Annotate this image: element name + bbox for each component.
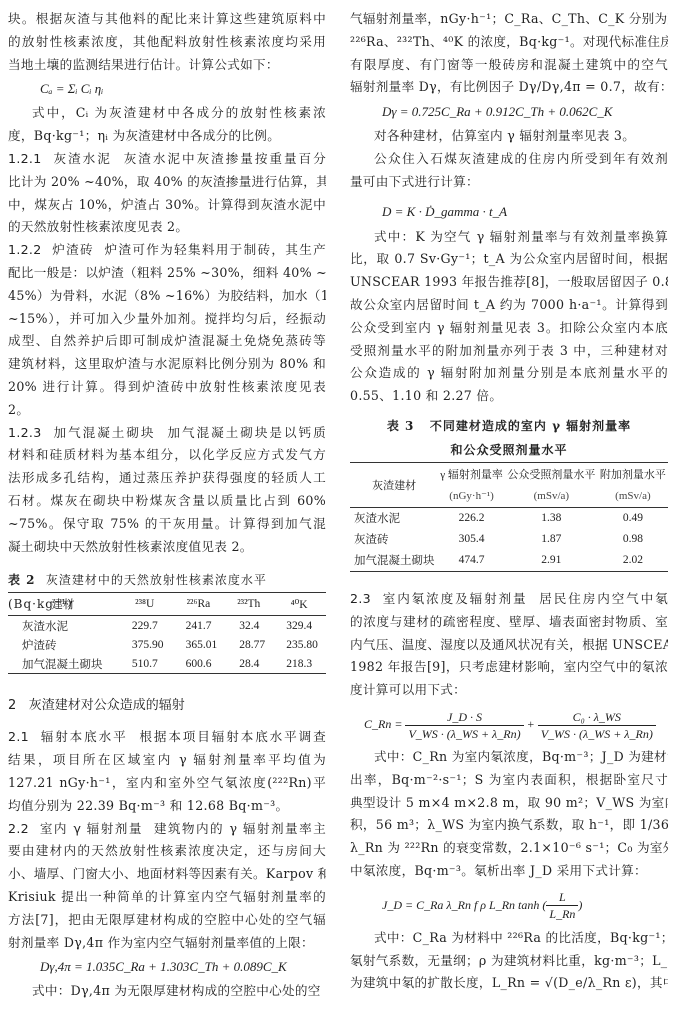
- table-row: 炉渣砖 375.90 365.01 28.77 235.80: [8, 635, 326, 654]
- section-number: 2.3: [350, 591, 371, 606]
- text-line: 出率，Bq·m⁻²·s⁻¹；S 为室内表面积，根据卧室尺寸: [350, 769, 668, 792]
- text-line: 氡射气系数，无量纲；ρ 为建筑材料比重，kg·m⁻³；L_Rn: [350, 950, 668, 973]
- table-cell: 305.4: [438, 529, 505, 550]
- text-line: 成型、自然养护后即可制成炉渣混凝土免烧免蒸砖等: [8, 330, 326, 353]
- table-title: 不同建材造成的室内 γ 辐射剂量率: [430, 419, 631, 433]
- table-label: 表 3: [387, 419, 415, 433]
- text-line: 有限厚度、有门窗等一般砖房和混凝土建筑中的空气: [350, 54, 668, 77]
- table-cell: 600.6: [172, 654, 226, 674]
- text-line: 式中：C_Ra 为材料中 ²²⁶Ra 的比活度，Bq·kg⁻¹；f 为: [350, 927, 668, 950]
- text-line: 积，56 m³；λ_WS 为室内换气系数，取 h⁻¹，即 1/3600 s⁻¹；: [350, 814, 668, 837]
- text-line: 结果，项目所在区域室内 γ 辐射剂量率平均值为: [8, 749, 326, 772]
- text-line: 典型设计 5 m×4 m×2.8 m，取 90 m²；V_WS 为室内体: [350, 792, 668, 815]
- text-line: 辐射剂量率 Dγ，有比例因子 Dγ/Dγ,4π = 0.7，故有：: [350, 76, 668, 99]
- column-unit: (mSv/a): [598, 485, 668, 508]
- formula-radon-exhalation: J_D = C_Ra λ_Rn f ρ L_Rn tanh (LL_Rn): [350, 883, 668, 927]
- text-line: 配比一般是：以炉渣（粗料 25% ~30%，细料 40% ~: [8, 262, 326, 285]
- text-line: Krisiuk 提出一种简单的计算室内空气辐射剂量率的: [8, 886, 326, 909]
- text-line: 为建筑中氡的扩散长度，L_Rn = √(D_e/λ_Rn ε)，其中，D_e 为: [350, 972, 668, 995]
- section-number: 2: [8, 698, 16, 713]
- formula-dose-rate: Dγ = 0.725C_Ra + 0.912C_Th + 0.062C_K: [350, 99, 668, 125]
- text-line: 20% 进行计算。得到炉渣砖中放射性核素浓度见表: [8, 376, 326, 399]
- text-line: 加气混凝土砌块是以钙质: [167, 425, 326, 440]
- table-3: 灰渣建材 γ 辐射剂量率 公众受照剂量水平 附加剂量水平 (nGy·h⁻¹) (…: [350, 462, 668, 572]
- table-label: 表 2: [8, 573, 36, 587]
- table-3-caption-line2: 和公众受照剂量水平: [350, 438, 668, 462]
- text-line: 材料和硅质材料为基本组分，以化学反应方式发气方: [8, 444, 326, 467]
- column-unit: (mSv/a): [505, 485, 598, 508]
- text-line: 内气压、温度、湿度以及通风状况有关，根据 UNSCEAR: [350, 634, 668, 657]
- table-cell: 235.80: [272, 635, 326, 654]
- left-column: 块。根据灰渣与其他料的配比来计算这些建筑原料中 的放射性核素浓度，其他配料放射性…: [8, 0, 326, 1003]
- table-cell: 加气混凝土砌块: [350, 550, 438, 572]
- table-cell: 2.02: [598, 550, 668, 572]
- table-cell: 0.98: [598, 529, 668, 550]
- text-line: 0.55、1.10 和 2.27 倍。: [350, 385, 668, 408]
- numerator: L: [546, 889, 578, 906]
- table-cell: 28.77: [225, 635, 272, 654]
- section-number: 2.1: [8, 729, 29, 744]
- section-1-2-3: 1.2.3 加气混凝土砌块 加气混凝土砌块是以钙质: [8, 422, 326, 445]
- text-line: 凝土砌块中天然放射性核素浓度值见表 2。: [8, 536, 326, 559]
- formula-annual-dose: D = K · Ḋ_gamma · t_A: [350, 194, 668, 226]
- text-line: 居民住房内空气中氡: [539, 591, 668, 606]
- table-cell: 241.7: [172, 616, 226, 636]
- formula-lhs: C_Rn =: [364, 717, 402, 731]
- section-title: 加气混凝土砌块: [54, 425, 156, 440]
- text-line: 小、墙厚、门窗大小、地面材料等因素有关。Karpov 和: [8, 863, 326, 886]
- table-3-caption: 表 3 不同建材造成的室内 γ 辐射剂量率: [350, 414, 668, 438]
- table-header-row: 灰渣建材 γ 辐射剂量率 公众受照剂量水平 附加剂量水平: [350, 462, 668, 485]
- text-line: 法形成多孔结构，通过蒸压养护获得强度的轻质人工: [8, 467, 326, 490]
- section-title: 室内氡浓度及辐射剂量: [383, 591, 528, 606]
- text-line: 炉渣可作为轻集料用于制砖，其生产: [105, 242, 326, 257]
- text-line: 式中：C_Rn 为室内氡浓度，Bq·m⁻³；J_D 为建材氡析: [350, 746, 668, 769]
- section-title: 室内 γ 辐射剂量: [40, 821, 143, 836]
- table-cell: 1.87: [505, 529, 598, 550]
- table-cell: 510.7: [118, 654, 172, 674]
- text-line: 式中，Cᵢ 为灰渣建材中各成分的放射性核素浓: [8, 102, 326, 125]
- table-cell: 32.4: [225, 616, 272, 636]
- table-cell: 28.4: [225, 654, 272, 674]
- table-cell: 1.38: [505, 507, 598, 529]
- text-line: 式中：Dγ,4π 为无限厚建材构成的空腔中心处的空: [8, 980, 326, 1003]
- section-number: 1.2.1: [8, 151, 42, 166]
- text-line: 对各种建材，估算室内 γ 辐射剂量率见表 3。: [350, 125, 668, 148]
- column-header: ²³⁸U: [118, 593, 172, 616]
- section-1-2-1: 1.2.1 灰渣水泥 灰渣水泥中灰渣掺量按重量百分: [8, 148, 326, 171]
- column-header: ⁴⁰K: [272, 593, 326, 616]
- section-title: 辐射本底水平: [41, 729, 128, 744]
- table-row: 灰渣砖 305.4 1.87 0.98: [350, 529, 668, 550]
- text-line: 受照剂量水平的附加剂量亦列于表 3 中，三种建材对: [350, 340, 668, 363]
- section-title: 灰渣建材对公众造成的辐射: [29, 698, 185, 713]
- section-2-2: 2.2 室内 γ 辐射剂量 建筑物内的 γ 辐射剂量率主: [8, 818, 326, 841]
- text-line: 的天然放射性核素浓度见表 2。: [8, 216, 326, 239]
- section-2-heading: 2 灰渣建材对公众造成的辐射: [8, 692, 326, 720]
- numerator: C₀ · λ_WS: [538, 709, 656, 726]
- text-line: 射剂量率 Dγ,4π 作为室内空气辐射剂量率值的上限：: [8, 932, 326, 955]
- text-line: 建筑物内的 γ 辐射剂量率主: [154, 821, 326, 836]
- text-line: 式中：K 为空气 γ 辐射剂量率与有效剂量率换算: [350, 226, 668, 249]
- column-header: 附加剂量水平: [598, 462, 668, 485]
- right-column: 气辐射剂量率，nGy·h⁻¹；C_Ra、C_Th、C_K 分别为建材内 ²²⁶R…: [350, 0, 668, 995]
- text-line: 故公众室内居留时间 t_A 约为 7000 h·a⁻¹。计算得到: [350, 294, 668, 317]
- table-row: 加气混凝土砌块 510.7 600.6 28.4 218.3: [8, 654, 326, 674]
- fraction: J_D · SV_WS · (λ_WS + λ_Rn): [405, 709, 523, 742]
- text-line: λ_Rn 为 ²²²Rn 的衰变常数，2.1×10⁻⁶ s⁻¹；C₀ 为室外空气: [350, 837, 668, 860]
- text-line: 灰渣水泥中灰渣掺量按重量百分: [124, 151, 326, 166]
- text-line: 公众住入石煤灰渣建成的住房内所受到年有效剂: [350, 148, 668, 171]
- section-number: 2.2: [8, 821, 29, 836]
- text-line: 要由建材内的天然放射性核素浓度决定，还与房间大: [8, 840, 326, 863]
- section-number: 1.2.2: [8, 242, 42, 257]
- text-line: ²²⁶Ra、²³²Th、⁴⁰K 的浓度，Bq·kg⁻¹。对现代标准住房: [350, 31, 668, 54]
- text-line: 公众受到室内 γ 辐射剂量见表 3。扣除公众室内本底: [350, 317, 668, 340]
- text-line: UNSCEAR 1993 年报告推荐[8]，一般取居留因子 0.8，: [350, 271, 668, 294]
- text-line: 的放射性核素浓度，其他配料放射性核素浓度均采用: [8, 31, 326, 54]
- table-cell: 炉渣砖: [8, 635, 118, 654]
- denominator: L_Rn: [546, 906, 578, 922]
- table-cell: 灰渣水泥: [8, 616, 118, 636]
- text-line: 当地土壤的监测结果进行估计。计算公式如下：: [8, 54, 326, 77]
- table-cell: 218.3: [272, 654, 326, 674]
- column-header: ²³²Th: [225, 593, 272, 616]
- column-header: 公众受照剂量水平: [505, 462, 598, 485]
- text-line: 中氡浓度，Bq·m⁻³。氡析出率 J_D 采用下式计算：: [350, 860, 668, 883]
- text-line: 石材。煤灰在砌块中粉煤灰含量以质量比占到 60%: [8, 490, 326, 513]
- table-row: 灰渣水泥 229.7 241.7 32.4 329.4: [8, 616, 326, 636]
- table-cell: 加气混凝土砌块: [8, 654, 118, 674]
- text-line: ~75%。保守取 75% 的干灰用量。计算得到加气混: [8, 513, 326, 536]
- section-number: 1.2.3: [8, 425, 42, 440]
- column-header: ²²⁶Ra: [172, 593, 226, 616]
- text-line: 公众造成的 γ 辐射附加剂量分别是本底剂量水平的: [350, 362, 668, 385]
- section-2-1: 2.1 辐射本底水平 根据本项目辐射本底水平调查: [8, 726, 326, 749]
- denominator: V_WS · (λ_WS + λ_Rn): [538, 726, 656, 742]
- text-line: 建筑材料，这里取炉渣与水泥原料比例分别为 80% 和: [8, 353, 326, 376]
- text-line: 的浓度与建材的疏密程度、壁厚、墙表面密封物质、室: [350, 611, 668, 634]
- table-cell: 226.2: [438, 507, 505, 529]
- text-line: 45%）为骨料，水泥（8% ~16%）为胶结料，加水（10%: [8, 285, 326, 308]
- table-2-caption: 表 2 灰渣建材中的天然放射性核素浓度水平(Bq·kg⁻¹): [8, 568, 326, 592]
- formula-radon-concentration: C_Rn = J_D · SV_WS · (λ_WS + λ_Rn) + C₀ …: [350, 702, 668, 746]
- table-2: 建材 ²³⁸U ²²⁶Ra ²³²Th ⁴⁰K 灰渣水泥 229.7 241.7…: [8, 592, 326, 674]
- text-line: 1982 年报告[9]，只考虑建材影响，室内空气中的氡浓: [350, 656, 668, 679]
- table-cell: 474.7: [438, 550, 505, 572]
- text-line: 比，取 0.7 Sv·Gy⁻¹；t_A 为公众室内居留时间，根据: [350, 248, 668, 271]
- table-row: 加气混凝土砌块 474.7 2.91 2.02: [350, 550, 668, 572]
- table-cell: 灰渣水泥: [350, 507, 438, 529]
- section-1-2-2: 1.2.2 炉渣砖 炉渣可作为轻集料用于制砖，其生产: [8, 239, 326, 262]
- text-line: 均值分别为 22.39 Bq·m⁻³ 和 12.68 Bq·m⁻³。: [8, 795, 326, 818]
- column-unit: (nGy·h⁻¹): [438, 485, 505, 508]
- formula-rhs: ): [578, 898, 582, 912]
- plus-sign: +: [527, 717, 535, 731]
- fraction: C₀ · λ_WSV_WS · (λ_WS + λ_Rn): [538, 709, 656, 742]
- section-title: 炉渣砖: [52, 242, 94, 257]
- text-line: 127.21 nGy·h⁻¹，室内和室外空气氡浓度(²²²Rn)平: [8, 772, 326, 795]
- fraction: LL_Rn: [546, 889, 578, 922]
- text-line: 块。根据灰渣与其他料的配比来计算这些建筑原料中: [8, 8, 326, 31]
- table-cell: 365.01: [172, 635, 226, 654]
- table-cell: 0.49: [598, 507, 668, 529]
- numerator: J_D · S: [405, 709, 523, 726]
- denominator: V_WS · (λ_WS + λ_Rn): [405, 726, 523, 742]
- text-line: 量可由下式进行计算：: [350, 171, 668, 194]
- text-line: 中，煤灰占 10%，炉渣占 30%。计算得到灰渣水泥中: [8, 194, 326, 217]
- text-line: 度，Bq·kg⁻¹；ηᵢ 为灰渣建材中各成分的比例。: [8, 125, 326, 148]
- text-line: 方法[7]，把由无限厚建材构成的空腔中心处的空气辐: [8, 909, 326, 932]
- column-header: 灰渣建材: [350, 462, 438, 507]
- column-header: γ 辐射剂量率: [438, 462, 505, 485]
- formula-concentration-sum: Cₐ = Σᵢ Cᵢ ηᵢ: [8, 76, 326, 102]
- table-row: 灰渣水泥 226.2 1.38 0.49: [350, 507, 668, 529]
- text-line: 根据本项目辐射本底水平调查: [139, 729, 326, 744]
- text-line: ~15%），并可加入少量外加剂。搅拌均匀后，经振动: [8, 308, 326, 331]
- table-cell: 375.90: [118, 635, 172, 654]
- table-cell: 灰渣砖: [350, 529, 438, 550]
- text-line: 比计为 20% ~40%，取 40% 的灰渣掺量进行估算，其: [8, 171, 326, 194]
- table-cell: 2.91: [505, 550, 598, 572]
- formula-lhs: J_D = C_Ra λ_Rn f ρ L_Rn tanh (: [382, 898, 546, 912]
- formula-dose-rate-4pi: Dγ,4π = 1.035C_Ra + 1.303C_Th + 0.089C_K: [8, 954, 326, 980]
- text-line: 2。: [8, 399, 326, 422]
- text-line: 气辐射剂量率，nGy·h⁻¹；C_Ra、C_Th、C_K 分别为建材内: [350, 8, 668, 31]
- section-title: 灰渣水泥: [54, 151, 112, 166]
- section-2-3: 2.3 室内氡浓度及辐射剂量 居民住房内空气中氡: [350, 588, 668, 611]
- table-cell: 329.4: [272, 616, 326, 636]
- table-cell: 229.7: [118, 616, 172, 636]
- text-line: 度计算可以用下式：: [350, 679, 668, 702]
